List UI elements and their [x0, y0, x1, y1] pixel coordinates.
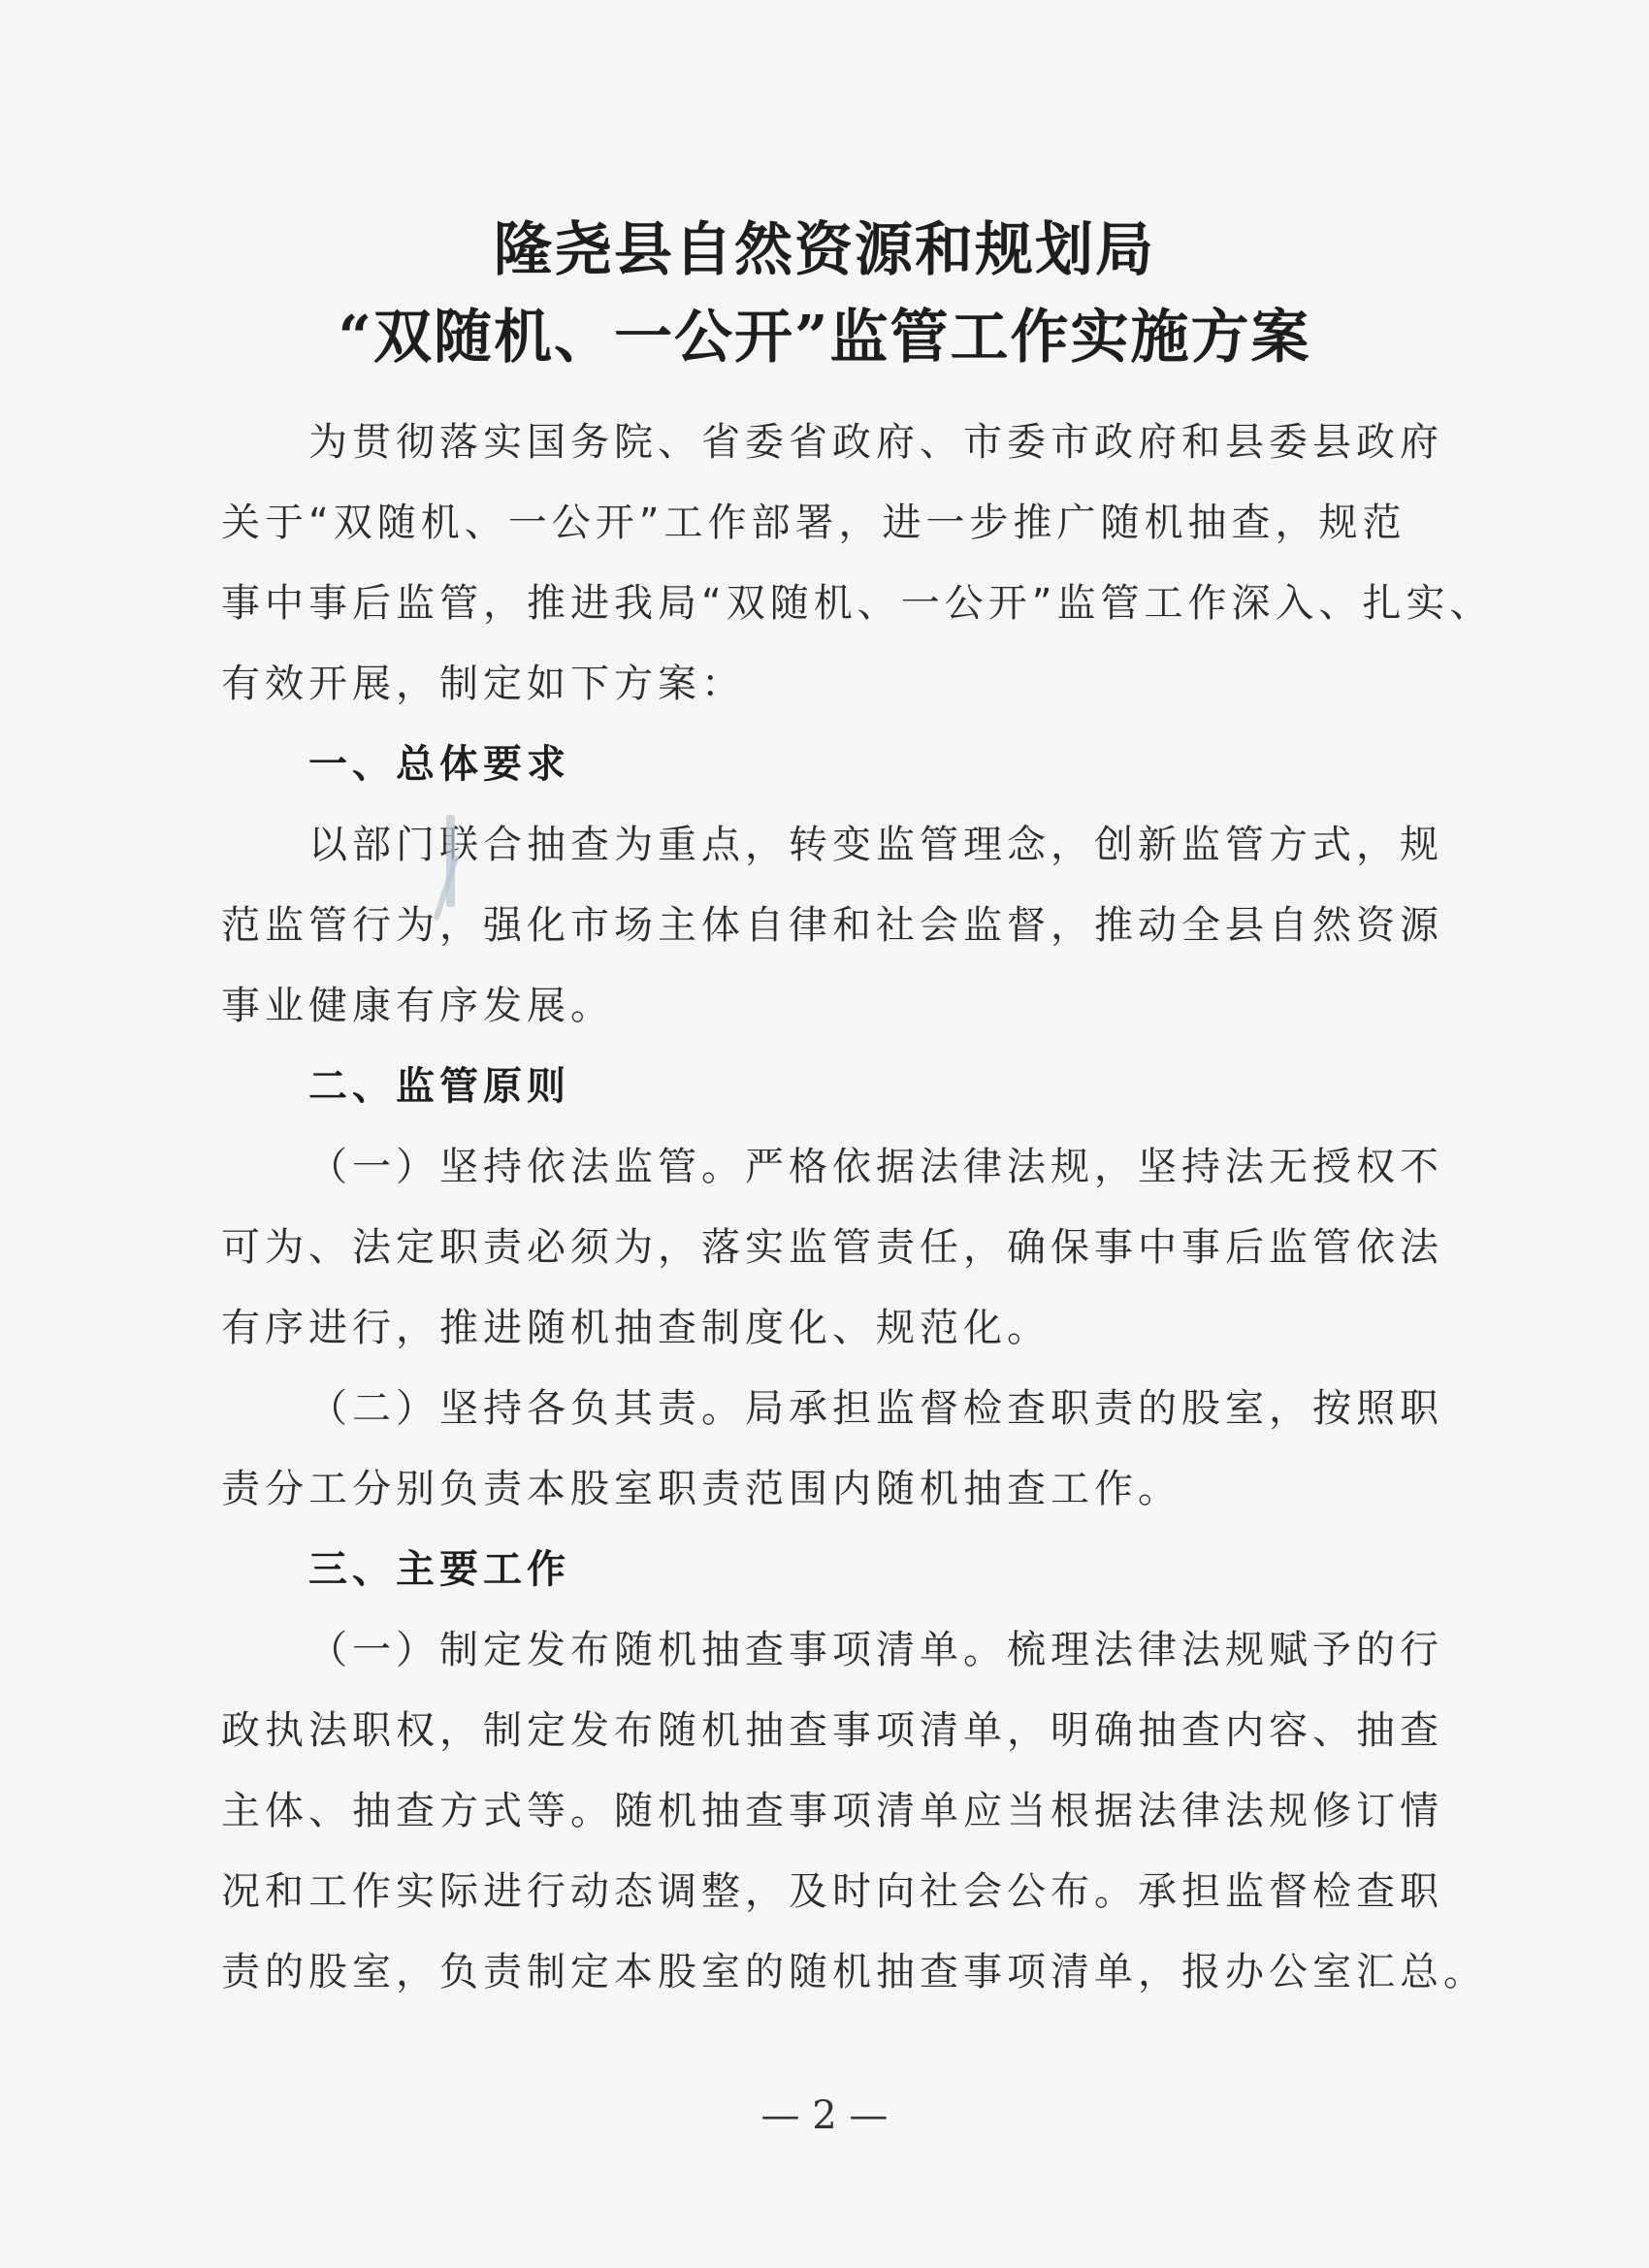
paragraph-line: 以部门联合抽查为重点，转变监管理念，创新监管方式，规	[308, 822, 1502, 868]
paragraph-line: 有序进行，推进随机抽查制度化、规范化。	[221, 1305, 1414, 1351]
intro-line: 关于“双随机、一公开”工作部署，进一步推广随机抽查，规范	[221, 500, 1414, 546]
paragraph-line: 政执法职权，制定发布随机抽查事项清单，明确抽查内容、抽查	[221, 1707, 1414, 1754]
page-number: — 2 —	[0, 2093, 1649, 2138]
paragraph-line: 主体、抽查方式等。随机抽查事项清单应当根据法律法规修订情	[221, 1788, 1414, 1834]
paragraph-line: 范监管行为，强化市场主体自律和社会监督，推动全县自然资源	[221, 902, 1414, 949]
intro-line: 事中事后监管，推进我局“双随机、一公开”监管工作深入、扎实、	[221, 580, 1414, 627]
document-title-line2: “双随机、一公开”监管工作实施方案	[0, 291, 1649, 374]
section-heading-general-requirements: 一、总体要求	[308, 741, 1502, 788]
paragraph-line: 况和工作实际进行动态调整，及时向社会公布。承担监督检查职	[221, 1868, 1414, 1915]
document-page: 隆尧县自然资源和规划局 “双随机、一公开”监管工作实施方案 为贯彻落实国务院、省…	[0, 0, 1649, 2268]
paragraph-line: （二）坚持各负其责。局承担监督检查职责的股室，按照职	[308, 1385, 1502, 1432]
paragraph-line: 责的股室，负责制定本股室的随机抽查事项清单，报办公室汇总。	[221, 1949, 1414, 1995]
paragraph-line: 可为、法定职责必须为，落实监管责任，确保事中事后监管依法	[221, 1224, 1414, 1271]
intro-line: 有效开展，制定如下方案：	[221, 661, 1414, 707]
paragraph-line: （一）制定发布随机抽查事项清单。梳理法律法规赋予的行	[308, 1627, 1502, 1673]
ink-smudge	[446, 815, 455, 907]
paragraph-line: （一）坚持依法监管。严格依据法律法规，坚持法无授权不	[308, 1144, 1502, 1190]
document-title-line1: 隆尧县自然资源和规划局	[0, 204, 1649, 287]
section-heading-main-work: 三、主要工作	[308, 1546, 1502, 1593]
paragraph-line: 责分工分别负责本股室职责范围内随机抽查工作。	[221, 1466, 1414, 1512]
paragraph-line: 事业健康有序发展。	[221, 983, 1414, 1029]
intro-line: 为贯彻落实国务院、省委省政府、市委市政府和县委县政府	[308, 419, 1502, 466]
section-heading-supervision-principles: 二、监管原则	[308, 1063, 1502, 1110]
